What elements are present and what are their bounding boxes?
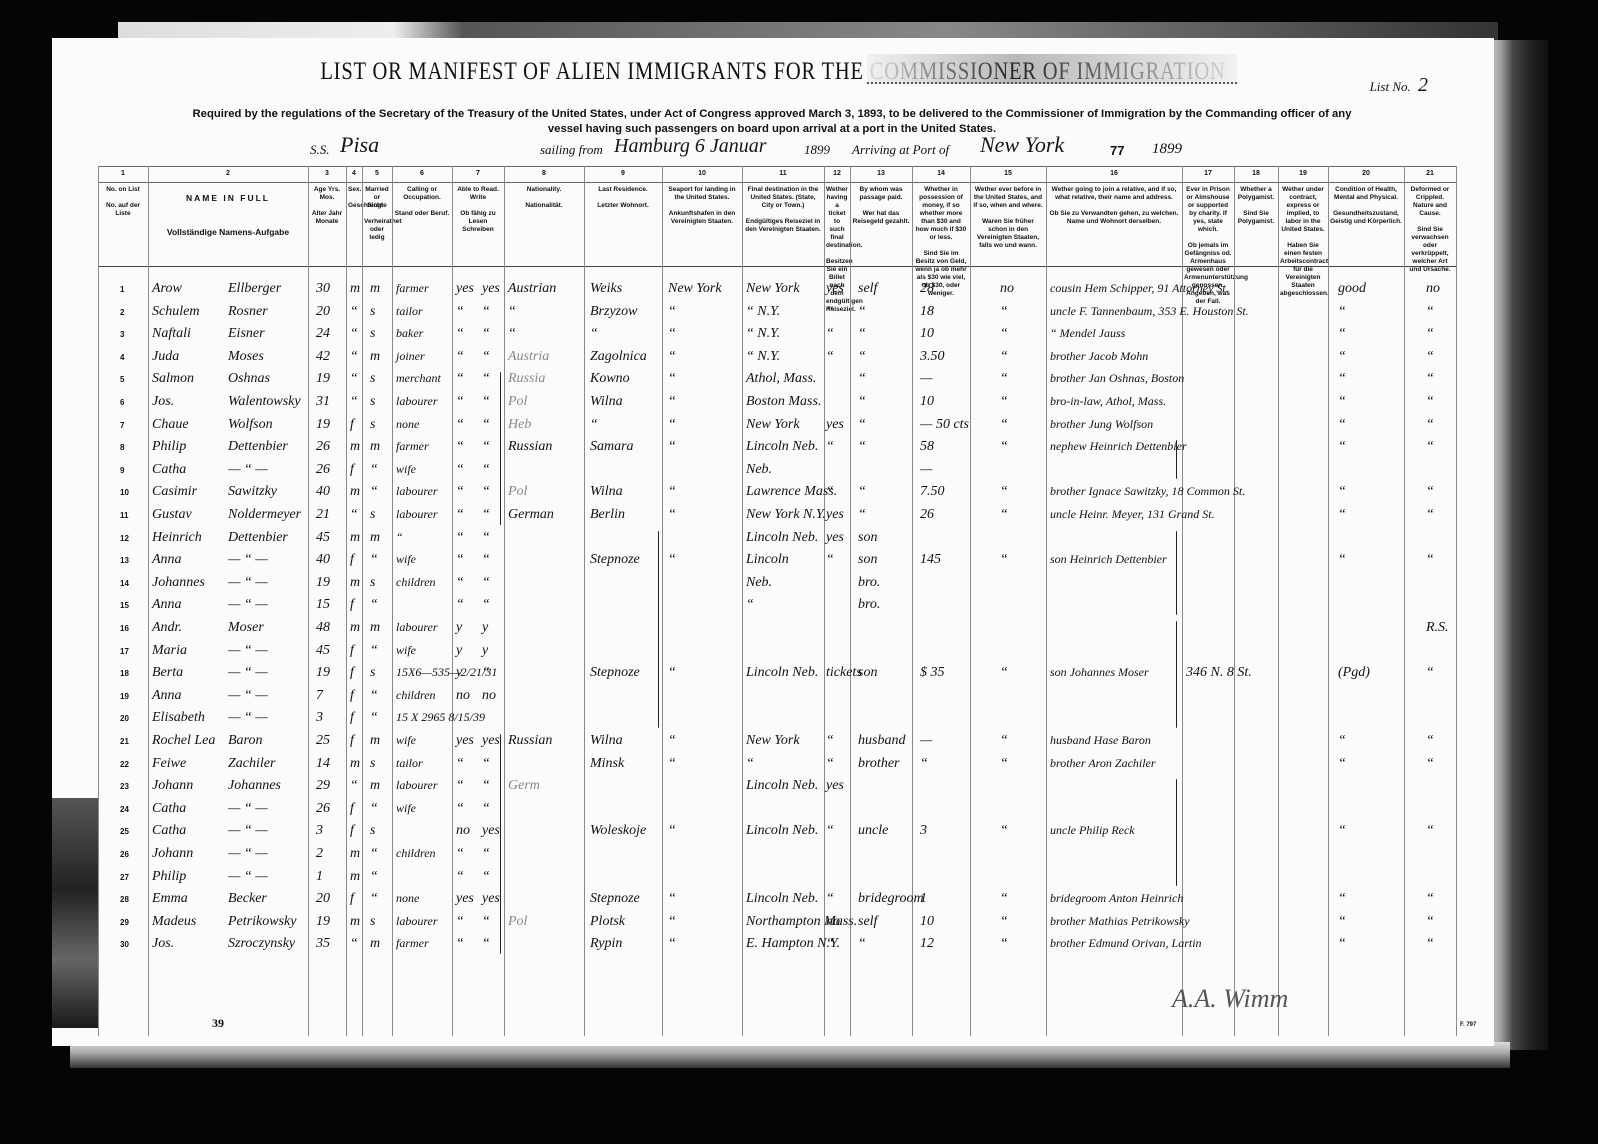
cell-dest: Boston Mass. <box>746 394 821 410</box>
cell-read: “ <box>456 507 464 523</box>
table-row: 15Anna— “ —15f““““bro. <box>52 594 1494 616</box>
cell-deformed: “ <box>1426 417 1434 433</box>
cell-first: Johann <box>152 778 193 794</box>
cell-before: “ <box>1000 439 1008 455</box>
cell-first: Johann <box>152 846 193 862</box>
cell-no: 12 <box>120 534 129 543</box>
table-row: 30Jos.Szroczynsky35“mfarmer““Rypin“E. Ha… <box>52 933 1494 955</box>
column-number: 5 <box>362 170 392 177</box>
cell-occ: tailor <box>396 304 423 319</box>
cell-dest: New York <box>746 281 800 297</box>
cell-paid: “ <box>858 371 866 387</box>
cell-no: 20 <box>120 714 129 723</box>
cell-res: Wilna <box>590 484 623 500</box>
cell-write: “ <box>482 507 490 523</box>
cell-write: yes <box>482 891 500 907</box>
cell-sex: m <box>350 530 360 546</box>
cell-ms: s <box>370 371 375 387</box>
cell-port: “ <box>668 823 676 839</box>
cell-write: “ <box>482 484 490 500</box>
cell-first: Madeus <box>152 914 196 930</box>
column-header: Married or SingleVerheirathet oder ledig <box>364 186 390 242</box>
page-number: 39 <box>212 1016 224 1031</box>
table-row: 26Johann— “ —2m“children““ <box>52 843 1494 865</box>
cell-occ: farmer <box>396 936 429 951</box>
cell-paid: bro. <box>858 575 880 591</box>
cell-ticket: “ <box>826 936 834 952</box>
cell-health: “ <box>1338 394 1346 410</box>
cell-age: 19 <box>316 665 330 681</box>
cell-no: 21 <box>120 737 129 746</box>
cell-ms: “ <box>370 688 378 704</box>
cell-money: 145 <box>920 552 941 568</box>
cell-read: “ <box>456 756 464 772</box>
cell-dest: Lincoln Neb. <box>746 439 818 455</box>
cell-age: 45 <box>316 643 330 659</box>
cell-ms: “ <box>370 710 378 726</box>
cell-occ: labourer <box>396 484 438 499</box>
cell-read: “ <box>456 552 464 568</box>
cell-port: New York <box>668 281 722 297</box>
cell-dest: Neb. <box>746 575 772 591</box>
cell-money: 58 <box>920 439 934 455</box>
cell-ms: m <box>370 620 380 636</box>
cell-money: “ <box>920 756 928 772</box>
table-row: 11GustavNoldermeyer21“slabourer““GermanB… <box>52 504 1494 526</box>
cell-paid: husband <box>858 733 905 749</box>
cell-last: Wolfson <box>228 417 273 433</box>
cell-ms: “ <box>370 484 378 500</box>
family-bracket <box>500 372 501 524</box>
cell-money: 1 <box>920 891 927 907</box>
table-row: 13Anna— “ —40f“wife““Stepnoze“Lincoln“so… <box>52 549 1494 571</box>
cell-deformed: “ <box>1426 823 1434 839</box>
cell-before: “ <box>1000 914 1008 930</box>
cell-money: 12 <box>920 936 934 952</box>
cell-age: 1 <box>316 869 323 885</box>
cell-ticket: “ <box>826 484 834 500</box>
cell-ms: s <box>370 507 375 523</box>
cell-paid: son <box>858 665 877 681</box>
cell-last: Sawitzky <box>228 484 277 500</box>
cell-paid: “ <box>858 439 866 455</box>
cell-write: “ <box>482 326 490 342</box>
cell-relative: brother Jung Wolfson <box>1050 417 1153 432</box>
table-row: 17Maria— “ —45f“wifeyy <box>52 640 1494 662</box>
cell-res: Rypin <box>590 936 622 952</box>
cell-contract: 346 N. 8 St. <box>1186 665 1252 681</box>
cell-occ: none <box>396 891 419 906</box>
cell-ticket: “ <box>826 552 834 568</box>
column-header: Wether going to join a relative, and if … <box>1048 186 1180 226</box>
cell-write: “ <box>482 552 490 568</box>
cell-deformed: “ <box>1426 371 1434 387</box>
cell-read: “ <box>456 326 464 342</box>
cell-last: Moser <box>228 620 264 636</box>
table-row: 5SalmonOshnas19“smerchant““RussiaKowno“A… <box>52 368 1494 390</box>
cell-first: Feiwe <box>152 756 186 772</box>
cell-no: 1 <box>120 285 124 294</box>
cell-last: — “ — <box>228 643 268 659</box>
cell-relative: son Johannes Moser <box>1050 665 1149 680</box>
cell-health: “ <box>1338 914 1346 930</box>
cell-write: “ <box>482 597 490 613</box>
cell-last: Rosner <box>228 304 268 320</box>
divider <box>98 166 1456 167</box>
cell-write: “ <box>482 349 490 365</box>
ship-name: Pisa <box>340 132 379 158</box>
cell-sex: m <box>350 281 360 297</box>
cell-occ: children <box>396 688 436 703</box>
cell-no: 11 <box>120 511 128 520</box>
cell-ms: “ <box>370 552 378 568</box>
column-number: 7 <box>452 170 504 177</box>
cell-paid: “ <box>858 349 866 365</box>
cell-no: 13 <box>120 556 129 565</box>
family-bracket <box>1176 531 1177 615</box>
cell-write: “ <box>482 914 490 930</box>
cell-ms: s <box>370 417 375 433</box>
cell-res: Wilna <box>590 733 623 749</box>
cell-health: “ <box>1338 507 1346 523</box>
cell-ms: m <box>370 936 380 952</box>
cell-no: 5 <box>120 375 124 384</box>
cell-no: 26 <box>120 850 129 859</box>
cell-dest: Northampton Mass. <box>746 914 857 930</box>
divider <box>98 266 1456 267</box>
cell-read: yes <box>456 733 474 749</box>
cell-read: y <box>456 620 462 636</box>
table-row: 14Johannes— “ —19mschildren““Neb.bro. <box>52 572 1494 594</box>
cell-first: Jos. <box>152 936 174 952</box>
cell-read: “ <box>456 371 464 387</box>
table-row: 10CasimirSawitzky40m“labourer““PolWilna“… <box>52 481 1494 503</box>
cell-no: 28 <box>120 895 129 904</box>
cell-first: Jos. <box>152 394 174 410</box>
cell-write: “ <box>482 778 490 794</box>
cell-first: Philip <box>152 869 186 885</box>
cell-last: — “ — <box>228 710 268 726</box>
cell-last: — “ — <box>228 597 268 613</box>
cell-last: Baron <box>228 733 262 749</box>
cell-occ: merchant <box>396 371 441 386</box>
cell-money: — <box>920 462 932 478</box>
cell-ms: s <box>370 326 375 342</box>
family-bracket <box>500 734 501 954</box>
cell-ms: “ <box>370 869 378 885</box>
cell-health: “ <box>1338 936 1346 952</box>
column-header: Wether ever before in the United States,… <box>972 186 1044 250</box>
cell-port: “ <box>668 552 676 568</box>
table-row: 28EmmaBecker20f“noneyesyesStepnoze“Linco… <box>52 888 1494 910</box>
family-bracket <box>1176 440 1177 479</box>
cell-before: “ <box>1000 507 1008 523</box>
cell-last: Becker <box>228 891 267 907</box>
cell-write: “ <box>482 575 490 591</box>
cell-sex: “ <box>350 326 358 342</box>
cell-port: “ <box>668 349 676 365</box>
cell-occ: wife <box>396 462 416 477</box>
cell-dest: “ <box>746 597 754 613</box>
cell-first: Andr. <box>152 620 182 636</box>
cell-sex: “ <box>350 394 358 410</box>
cell-relative: brother Ignace Sawitzky, 18 Common St. <box>1050 484 1245 499</box>
cell-res: Wilna <box>590 394 623 410</box>
cell-ticket: “ <box>826 823 834 839</box>
cell-sex: m <box>350 869 360 885</box>
column-number: 10 <box>662 170 742 177</box>
cell-ms: s <box>370 575 375 591</box>
cell-health: good <box>1338 281 1366 297</box>
cell-read: “ <box>456 778 464 794</box>
cell-sex: m <box>350 756 360 772</box>
cell-nat: Heb <box>508 417 531 433</box>
cell-dest: Lincoln Neb. <box>746 665 818 681</box>
table-row: 3NaftaliEisner24“sbaker““““““ N.Y.““10““… <box>52 323 1494 345</box>
cell-age: 14 <box>316 756 330 772</box>
cell-res: Samara <box>590 439 634 455</box>
table-row: 21Rochel LeaBaron25fmwifeyesyesRussianWi… <box>52 730 1494 752</box>
cell-paid: son <box>858 552 877 568</box>
cell-nat: Germ <box>508 778 540 794</box>
cell-occ: labourer <box>396 914 438 929</box>
cell-deformed: R.S. <box>1426 620 1449 636</box>
cell-no: 25 <box>120 827 129 836</box>
cell-last: Oshnas <box>228 371 270 387</box>
cell-paid: “ <box>858 484 866 500</box>
cell-occ: children <box>396 846 436 861</box>
cell-age: 25 <box>316 733 330 749</box>
cell-sex: “ <box>350 507 358 523</box>
cell-money: — 50 cts <box>920 417 969 433</box>
cell-port: “ <box>668 417 676 433</box>
cell-paid: “ <box>858 304 866 320</box>
cell-deformed: “ <box>1426 394 1434 410</box>
cell-before: “ <box>1000 756 1008 772</box>
cell-port: “ <box>668 439 676 455</box>
cell-paid: self <box>858 281 877 297</box>
cell-last: — “ — <box>228 552 268 568</box>
cell-age: 7 <box>316 688 323 704</box>
cell-before: “ <box>1000 891 1008 907</box>
cell-paid: “ <box>858 326 866 342</box>
cell-read: yes <box>456 891 474 907</box>
table-row: 8PhilipDettenbier26mmfarmer““RussianSama… <box>52 436 1494 458</box>
binding-edge <box>1490 40 1548 1050</box>
cell-no: 22 <box>120 760 129 769</box>
cell-ms: “ <box>370 891 378 907</box>
cell-money: 10 <box>920 914 934 930</box>
cell-deformed: “ <box>1426 439 1434 455</box>
family-bracket <box>1176 779 1177 886</box>
cell-no: 8 <box>120 443 124 452</box>
cell-age: 19 <box>316 417 330 433</box>
cell-money: 3.50 <box>920 349 945 365</box>
cell-dest: New York <box>746 417 800 433</box>
cell-dest: Lincoln Neb. <box>746 823 818 839</box>
cell-first: Arow <box>152 281 182 297</box>
column-number: 11 <box>742 170 824 177</box>
cell-health: “ <box>1338 349 1346 365</box>
cell-age: 19 <box>316 575 330 591</box>
cell-write: “ <box>482 801 490 817</box>
cell-first: Rochel Lea <box>152 733 215 749</box>
cell-occ: wife <box>396 733 416 748</box>
cell-deformed: “ <box>1426 484 1434 500</box>
cell-read: “ <box>456 846 464 862</box>
cell-first: Elisabeth <box>152 710 205 726</box>
cell-age: 24 <box>316 326 330 342</box>
cell-relative: brother Jacob Mohn <box>1050 349 1148 364</box>
cell-write: “ <box>482 462 490 478</box>
cell-dest: New York <box>746 733 800 749</box>
cell-age: 31 <box>316 394 330 410</box>
cell-port: “ <box>668 507 676 523</box>
cell-ms: m <box>370 733 380 749</box>
cell-read: “ <box>456 801 464 817</box>
cell-no: 24 <box>120 805 129 814</box>
cell-nat: Pol <box>508 394 527 410</box>
cell-sex: f <box>350 688 354 704</box>
cell-deformed: “ <box>1426 891 1434 907</box>
cell-no: 18 <box>120 669 129 678</box>
column-number: 18 <box>1234 170 1278 177</box>
column-header: NAME IN FULLVollständige Namens-Aufgabe <box>150 186 306 236</box>
cell-paid: “ <box>858 507 866 523</box>
damaged-area <box>867 54 1237 84</box>
cell-write: “ <box>482 394 490 410</box>
cell-before: “ <box>1000 349 1008 365</box>
cell-before: “ <box>1000 371 1008 387</box>
cell-age: 29 <box>316 778 330 794</box>
cell-res: Berlin <box>590 507 625 523</box>
column-number: 4 <box>346 170 362 177</box>
table-row: 24Catha— “ —26f“wife““ <box>52 798 1494 820</box>
cell-first: Casimir <box>152 484 197 500</box>
cell-sex: f <box>350 733 354 749</box>
cell-write: yes <box>482 281 500 297</box>
cell-ms: “ <box>370 846 378 862</box>
cell-port: “ <box>668 304 676 320</box>
cell-first: Anna <box>152 688 182 704</box>
cell-ms: s <box>370 394 375 410</box>
cell-res: Zagolnica <box>590 349 647 365</box>
cell-res: Woleskoje <box>590 823 646 839</box>
cell-no: 9 <box>120 466 124 475</box>
cell-nat: German <box>508 507 554 523</box>
cell-ticket: “ <box>826 733 834 749</box>
cell-no: 7 <box>120 421 124 430</box>
cell-ticket: “ <box>826 439 834 455</box>
cell-age: 20 <box>316 891 330 907</box>
cell-age: 19 <box>316 371 330 387</box>
cell-before: “ <box>1000 417 1008 433</box>
cell-deformed: “ <box>1426 349 1434 365</box>
cell-relative: brother Aron Zachiler <box>1050 756 1156 771</box>
table-row: 20Elisabeth— “ —3f“15 X 2965 8/15/39 <box>52 707 1494 729</box>
cell-res: Brzyzow <box>590 304 637 320</box>
cell-money: 10 <box>920 326 934 342</box>
cell-sex: m <box>350 914 360 930</box>
cell-no: 27 <box>120 873 129 882</box>
column-header: Able to Read. WriteOb fähig zu Lesen Sch… <box>454 186 502 234</box>
cell-health: “ <box>1338 371 1346 387</box>
cell-age: 26 <box>316 439 330 455</box>
cell-age: 35 <box>316 936 330 952</box>
column-header: Age Yrs. Mos.Alter Jahr Monate <box>310 186 344 226</box>
column-number: 3 <box>308 170 346 177</box>
cell-occ: labourer <box>396 620 438 635</box>
cell-no: 10 <box>120 488 129 497</box>
cell-read: no <box>456 688 470 704</box>
officer-signature: A.A. Wimm <box>1172 984 1288 1014</box>
cell-ticket: no <box>826 914 840 930</box>
cell-ticket: yes <box>826 507 844 523</box>
column-number: 17 <box>1182 170 1234 177</box>
cell-no: 17 <box>120 647 129 656</box>
column-number: 8 <box>504 170 584 177</box>
cell-sex: f <box>350 710 354 726</box>
cell-deformed: “ <box>1426 326 1434 342</box>
cell-read: “ <box>456 394 464 410</box>
cell-paid: bro. <box>858 597 880 613</box>
cell-dest: Lincoln Neb. <box>746 778 818 794</box>
table-row: 9Catha— “ —26f“wife““Neb.— <box>52 459 1494 481</box>
cell-write: y <box>482 643 488 659</box>
cell-last: — “ — <box>228 846 268 862</box>
cell-dest: New York N.Y. <box>746 507 826 523</box>
cell-ms: m <box>370 530 380 546</box>
cell-deformed: “ <box>1426 914 1434 930</box>
cell-read: “ <box>456 914 464 930</box>
cell-ticket: tickets <box>826 665 862 681</box>
cell-last: Walentowsky <box>228 394 301 410</box>
cell-res: Minsk <box>590 756 624 772</box>
cell-write: “ <box>482 756 490 772</box>
cell-sex: f <box>350 643 354 659</box>
table-row: 7ChaueWolfson19fsnone““Heb““New Yorkyes“… <box>52 414 1494 436</box>
cell-sex: “ <box>350 349 358 365</box>
cell-deformed: “ <box>1426 756 1434 772</box>
cell-occ: wife <box>396 801 416 816</box>
cell-no: 4 <box>120 353 124 362</box>
cell-sex: “ <box>350 371 358 387</box>
cell-ms: “ <box>370 462 378 478</box>
cell-before: “ <box>1000 552 1008 568</box>
column-number: 9 <box>584 170 662 177</box>
cell-relative: uncle Heinr. Meyer, 131 Grand St. <box>1050 507 1215 522</box>
cell-last: — “ — <box>228 869 268 885</box>
cell-relative: uncle F. Tannenbaum, 353 E. Houston St. <box>1050 304 1249 319</box>
cell-ms: s <box>370 304 375 320</box>
cell-res: “ <box>590 326 598 342</box>
cell-no: 30 <box>120 940 129 949</box>
cell-res: Stepnoze <box>590 665 640 681</box>
cell-res: Plotsk <box>590 914 625 930</box>
cell-port: “ <box>668 914 676 930</box>
cell-paid: “ <box>858 394 866 410</box>
cell-ms: s <box>370 823 375 839</box>
cell-no: 14 <box>120 579 129 588</box>
cell-first: Berta <box>152 665 183 681</box>
manifest-table: 1No. on ListNo. auf der Liste2NAME IN FU… <box>52 156 1494 1036</box>
cell-before: “ <box>1000 665 1008 681</box>
cell-paid: “ <box>858 936 866 952</box>
cell-age: 19 <box>316 914 330 930</box>
cell-nat: “ <box>508 326 516 342</box>
cell-last: Dettenbier <box>228 530 288 546</box>
cell-port: “ <box>668 756 676 772</box>
